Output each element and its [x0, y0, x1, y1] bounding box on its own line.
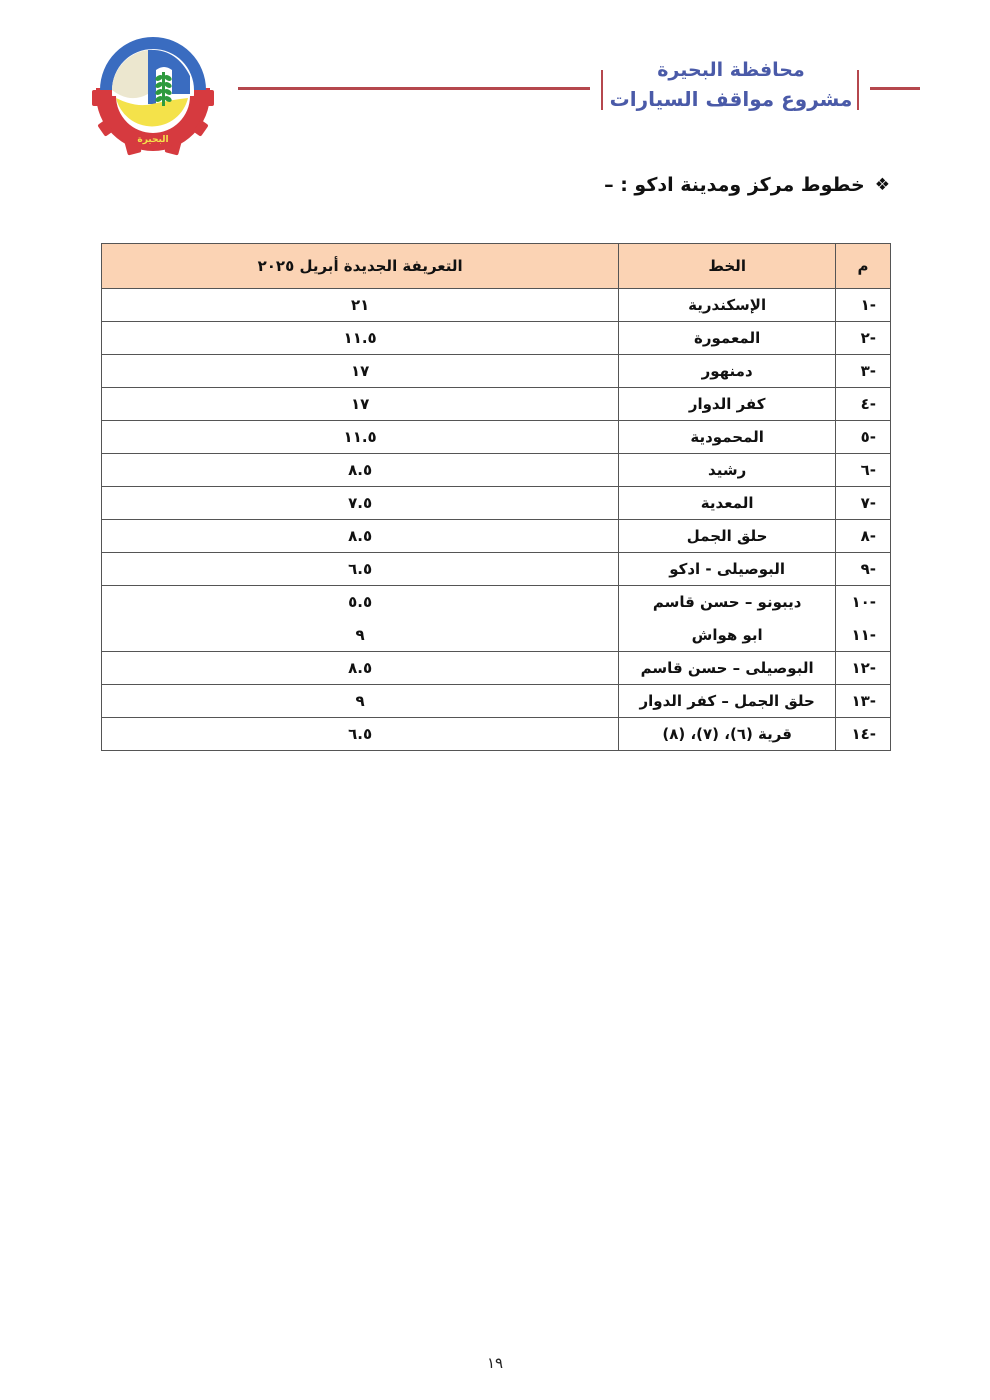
row-line: المحمودية [619, 421, 836, 454]
header-separator-left [601, 70, 603, 110]
governorate-name: محافظة البحيرة [606, 56, 856, 84]
table-row: -٧ المعدية ٧.٥ [102, 487, 891, 520]
row-fare: ٩ [102, 685, 619, 718]
table-row: -٣ دمنهور ١٧ [102, 355, 891, 388]
row-fare: ٦.٥ [102, 718, 619, 751]
row-fare: ١١.٥ [102, 322, 619, 355]
row-line: المعمورة [619, 322, 836, 355]
row-fare: ٨.٥ [102, 454, 619, 487]
row-number: -١٣ [836, 685, 891, 718]
page-number: ١٩ [0, 1354, 990, 1372]
row-line: ابو هواش [619, 619, 836, 652]
row-fare: ٨.٥ [102, 520, 619, 553]
row-fare: ٢١ [102, 289, 619, 322]
row-number: -٤ [836, 388, 891, 421]
table-row: -٨ حلق الجمل ٨.٥ [102, 520, 891, 553]
table-row: -١٢ البوصيلى – حسن قاسم ٨.٥ [102, 652, 891, 685]
row-number: -٢ [836, 322, 891, 355]
row-number: -١٢ [836, 652, 891, 685]
row-line: حلق الجمل – كفر الدوار [619, 685, 836, 718]
row-line: رشيد [619, 454, 836, 487]
table-row: -١٤ قرية (٦)، (٧)، (٨) ٦.٥ [102, 718, 891, 751]
row-number: -٣ [836, 355, 891, 388]
row-line: ديبونو – حسن قاسم [619, 586, 836, 619]
row-line: حلق الجمل [619, 520, 836, 553]
fare-table: م الخط التعريفة الجديدة أبريل ٢٠٢٥ -١ ال… [101, 243, 891, 751]
table-row: -٩ البوصيلى - ادكو ٦.٥ [102, 553, 891, 586]
table-row: -١٣ حلق الجمل – كفر الدوار ٩ [102, 685, 891, 718]
diamond-bullet-icon: ❖ [875, 175, 890, 195]
section-heading: ❖ خطوط مركز ومدينة ادكو : – [604, 174, 890, 196]
row-fare: ٥.٥ [102, 586, 619, 619]
document-page: البحيرة محافظة البحيرة مشروع مواقف السيا… [0, 0, 990, 1400]
column-header-number: م [836, 244, 891, 289]
row-number: -١٠ [836, 586, 891, 619]
project-name: مشروع مواقف السيارات [606, 84, 856, 114]
row-line: الإسكندرية [619, 289, 836, 322]
row-line: البوصيلى - ادكو [619, 553, 836, 586]
logo-text: البحيرة [137, 135, 168, 145]
table-row: -٥ المحمودية ١١.٥ [102, 421, 891, 454]
row-fare: ١٧ [102, 388, 619, 421]
row-number: -٦ [836, 454, 891, 487]
row-number: -٥ [836, 421, 891, 454]
row-fare: ٧.٥ [102, 487, 619, 520]
row-number: -٩ [836, 553, 891, 586]
header-separator-right [857, 70, 859, 110]
table-row: -١٠ ديبونو – حسن قاسم ٥.٥ [102, 586, 891, 619]
row-fare: ٦.٥ [102, 553, 619, 586]
column-header-line: الخط [619, 244, 836, 289]
column-header-fare: التعريفة الجديدة أبريل ٢٠٢٥ [102, 244, 619, 289]
row-line: كفر الدوار [619, 388, 836, 421]
row-line: المعدية [619, 487, 836, 520]
row-line: دمنهور [619, 355, 836, 388]
beheira-governorate-logo: البحيرة [86, 24, 220, 158]
row-line: قرية (٦)، (٧)، (٨) [619, 718, 836, 751]
section-heading-text: خطوط مركز ومدينة ادكو : – [604, 174, 865, 196]
row-number: -٨ [836, 520, 891, 553]
header-rule-right [870, 87, 920, 90]
row-line: البوصيلى – حسن قاسم [619, 652, 836, 685]
row-number: -١ [836, 289, 891, 322]
table-row: -١ الإسكندرية ٢١ [102, 289, 891, 322]
row-number: -٧ [836, 487, 891, 520]
table-row: -٦ رشيد ٨.٥ [102, 454, 891, 487]
table-header-row: م الخط التعريفة الجديدة أبريل ٢٠٢٥ [102, 244, 891, 289]
table-row: -٢ المعمورة ١١.٥ [102, 322, 891, 355]
table-row: -٤ كفر الدوار ١٧ [102, 388, 891, 421]
header-title: محافظة البحيرة مشروع مواقف السيارات [606, 56, 856, 114]
row-fare: ١١.٥ [102, 421, 619, 454]
row-fare: ٩ [102, 619, 619, 652]
header-rule-left [238, 87, 590, 90]
table-row: -١١ ابو هواش ٩ [102, 619, 891, 652]
row-fare: ٨.٥ [102, 652, 619, 685]
row-number: -١٤ [836, 718, 891, 751]
row-number: -١١ [836, 619, 891, 652]
row-fare: ١٧ [102, 355, 619, 388]
